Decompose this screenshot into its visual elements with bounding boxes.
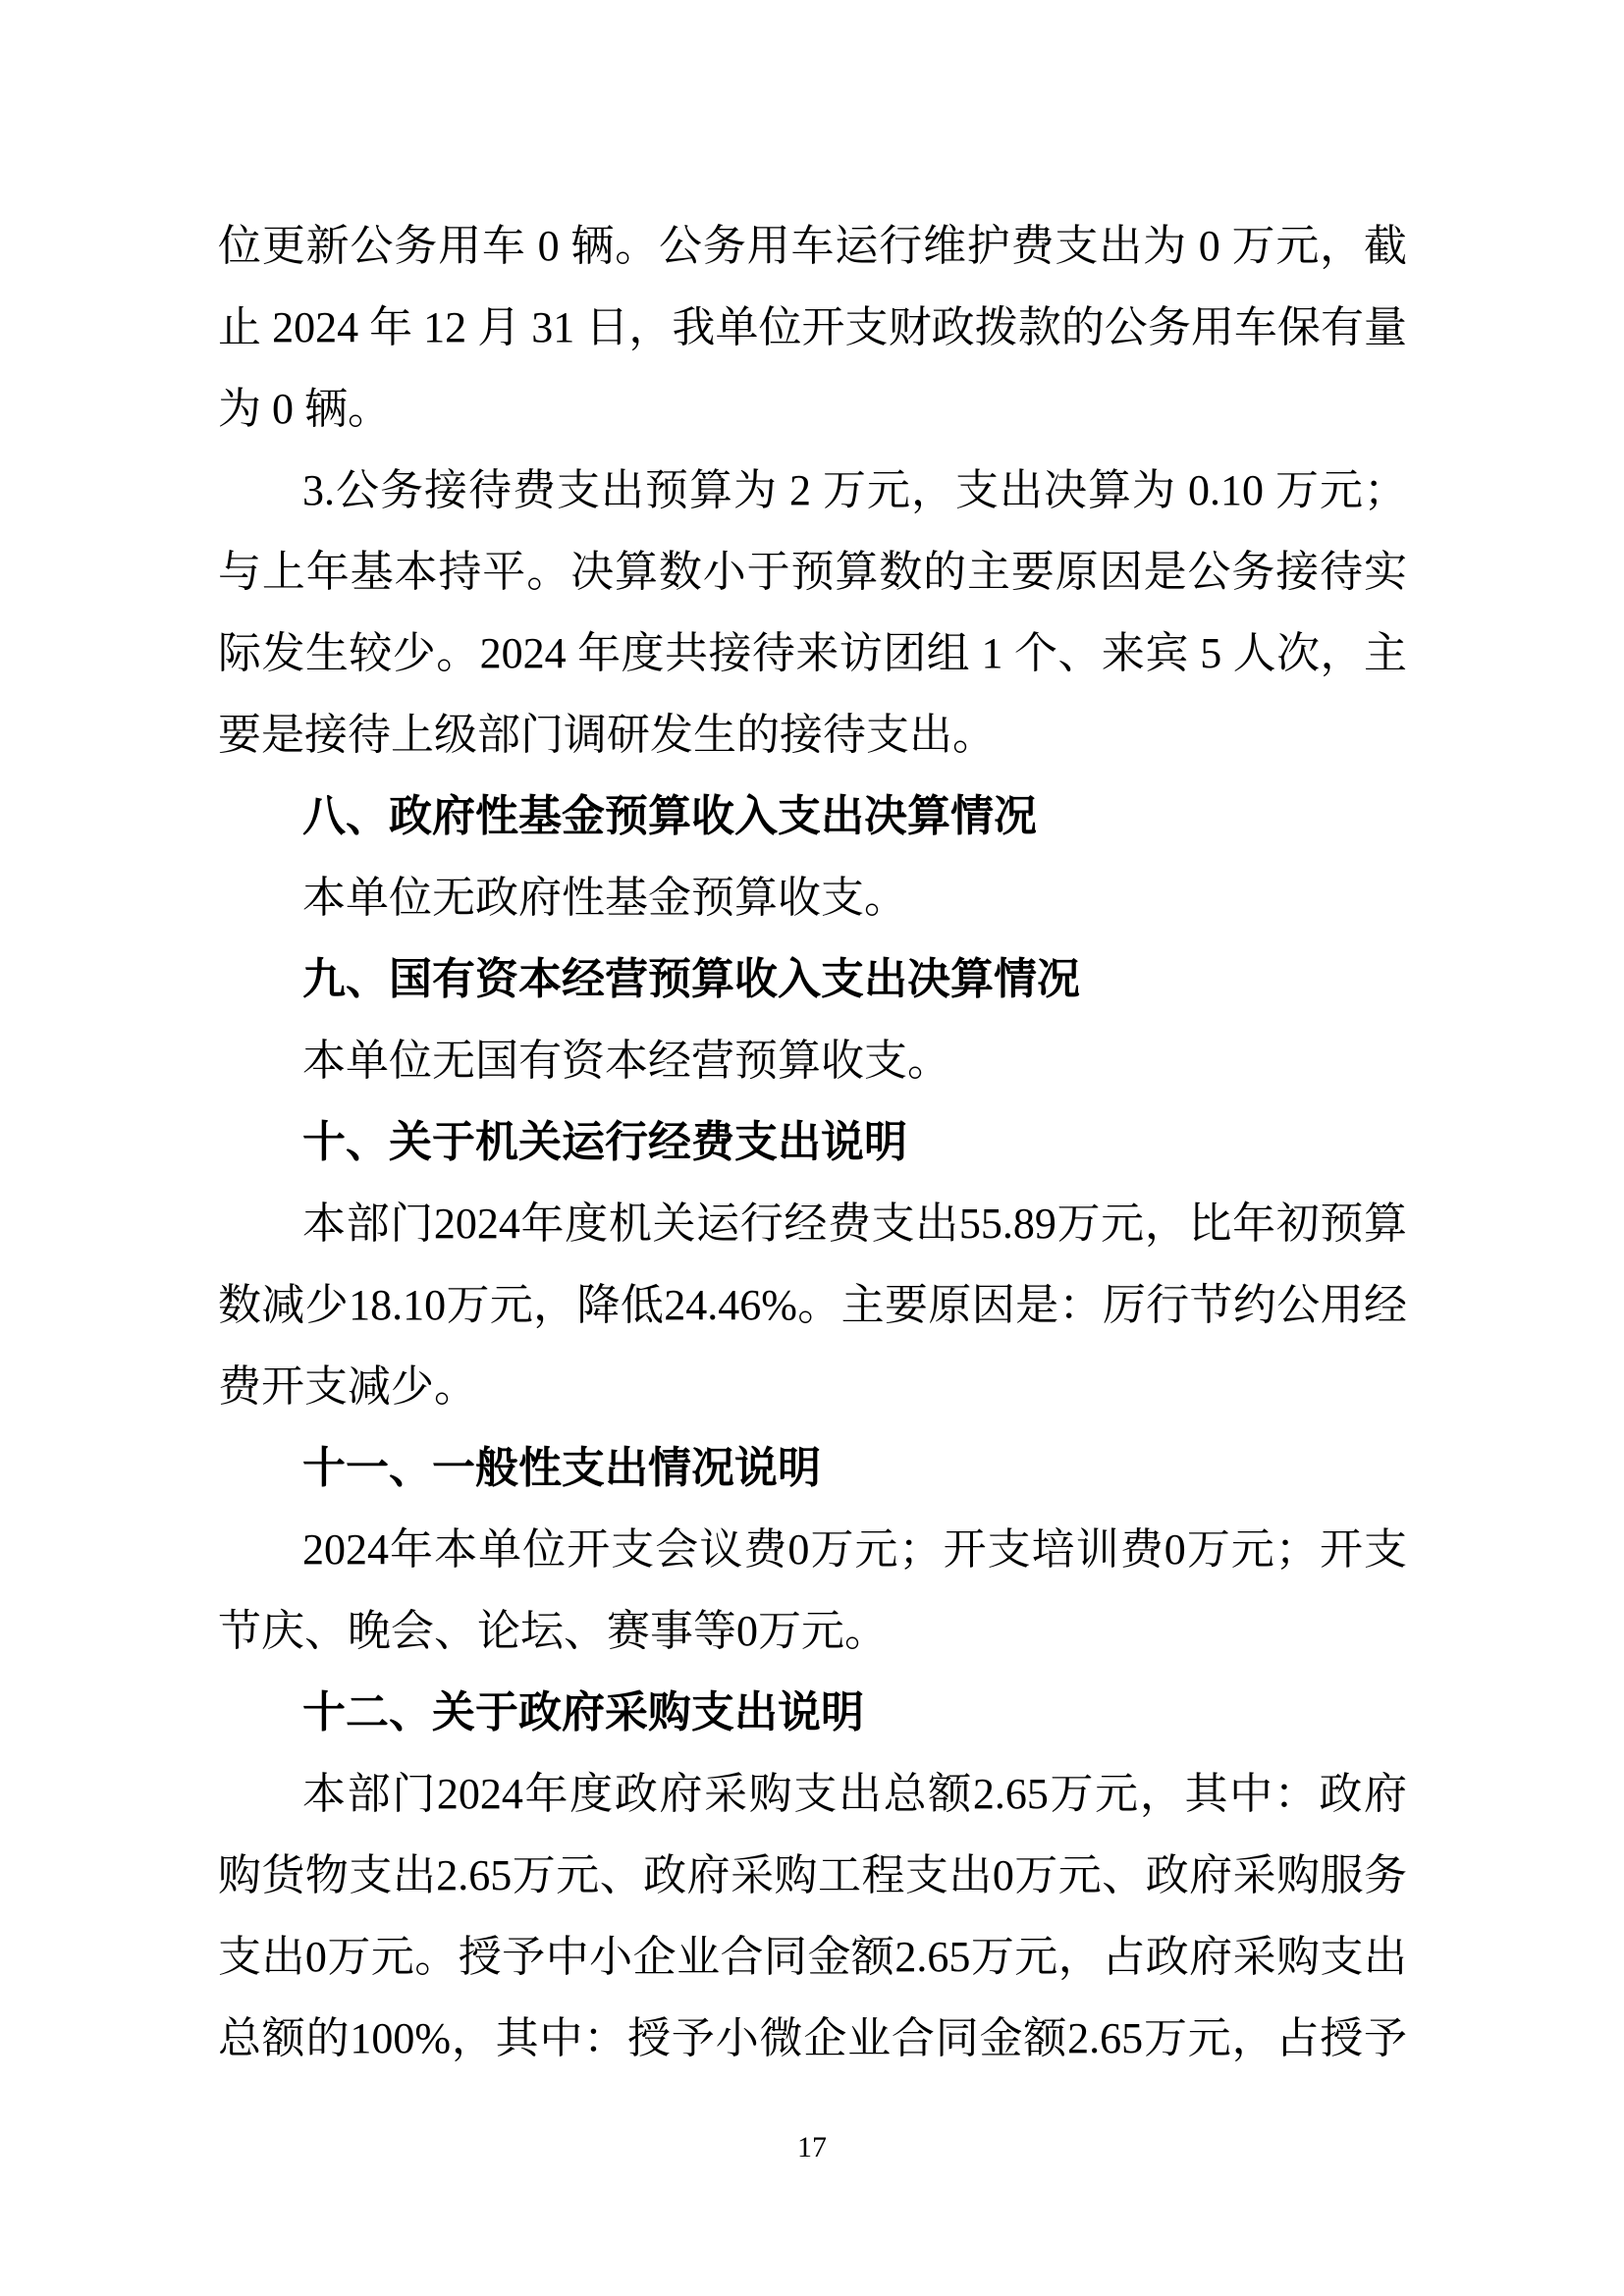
body-line: 费开支减少。 (218, 1346, 1407, 1427)
section-heading: 九、国有资本经营预算收入支出决算情况 (218, 938, 1407, 1020)
body-line: 购货物支出2.65万元、政府采购工程支出0万元、政府采购服务 (218, 1835, 1407, 1916)
body-line: 际发生较少。2024 年度共接待来访团组 1 个、来宾 5 人次，主 (218, 613, 1407, 694)
body-line: 为 0 辆。 (218, 368, 1407, 450)
section-heading: 十二、关于政府采购支出说明 (218, 1672, 1407, 1753)
body-line: 本部门2024年度政府采购支出总额2.65万元，其中：政府采 (218, 1753, 1407, 1835)
body-line: 位更新公务用车 0 辆。公务用车运行维护费支出为 0 万元，截 (218, 205, 1407, 287)
body-line: 节庆、晚会、论坛、赛事等0万元。 (218, 1590, 1407, 1672)
section-heading: 八、政府性基金预算收入支出决算情况 (218, 775, 1407, 857)
body-line: 要是接待上级部门调研发生的接待支出。 (218, 694, 1407, 775)
body-line: 本单位无国有资本经营预算收支。 (218, 1020, 1407, 1101)
body-line: 止 2024 年 12 月 31 日，我单位开支财政拨款的公务用车保有量 (218, 287, 1407, 368)
page-number: 17 (0, 2125, 1624, 2170)
body-line: 本部门2024年度机关运行经费支出55.89万元，比年初预算 (218, 1183, 1407, 1264)
body-line: 3.公务接待费支出预算为 2 万元，支出决算为 0.10 万元； (218, 450, 1407, 531)
body-line: 与上年基本持平。决算数小于预算数的主要原因是公务接待实 (218, 531, 1407, 613)
section-heading: 十、关于机关运行经费支出说明 (218, 1101, 1407, 1183)
document-body: 位更新公务用车 0 辆。公务用车运行维护费支出为 0 万元，截 止 2024 年… (218, 205, 1407, 2079)
body-line: 2024年本单位开支会议费0万元；开支培训费0万元；开支 (218, 1509, 1407, 1590)
body-line: 数减少18.10万元，降低24.46%。主要原因是：厉行节约公用经 (218, 1264, 1407, 1346)
body-line: 总额的100%，其中：授予小微企业合同金额2.65万元，占授予 (218, 1998, 1407, 2079)
body-line: 本单位无政府性基金预算收支。 (218, 857, 1407, 938)
body-line: 支出0万元。授予中小企业合同金额2.65万元，占政府采购支出 (218, 1916, 1407, 1998)
section-heading: 十一、一般性支出情况说明 (218, 1427, 1407, 1509)
document-page: 位更新公务用车 0 辆。公务用车运行维护费支出为 0 万元，截 止 2024 年… (0, 0, 1624, 2296)
